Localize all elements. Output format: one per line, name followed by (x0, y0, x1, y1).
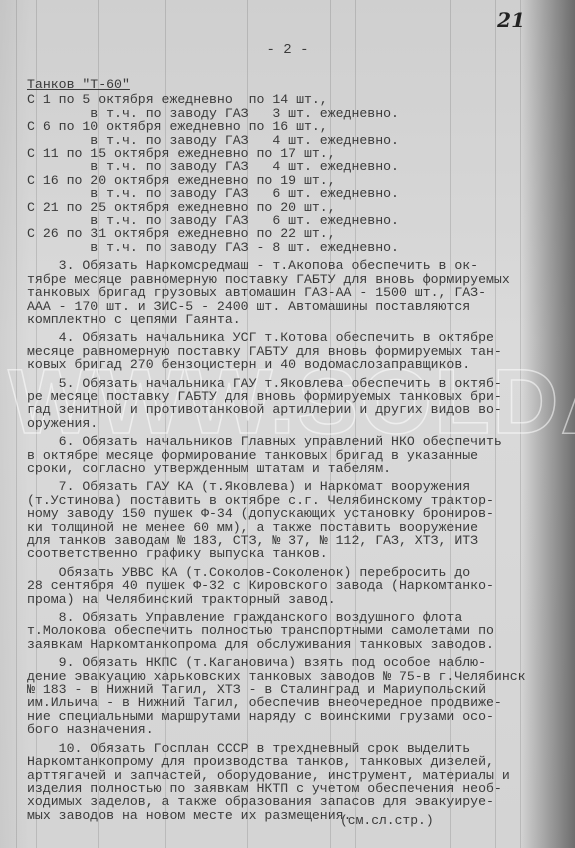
continued-note: (см.сл.стр.) (340, 813, 434, 828)
paragraph-line: ре месяце поставку ГАБТУ для вновь форми… (27, 390, 547, 403)
paragraph-line: 10. Обязать Госплан СССР в трехдневный с… (27, 742, 547, 755)
paragraph: 4. Обязать начальника УСГ т.Котова обесп… (27, 331, 547, 371)
paragraph-line: 28 сентября 40 пушек Ф-32 с Кировского з… (27, 579, 547, 592)
section-heading: Танков "Т-60" (27, 78, 130, 91)
paragraph-line: ки толщиной не менее 60 мм), а также пос… (27, 521, 547, 534)
schedule-line: С 11 по 15 октября ежедневно по 17 шт., (27, 147, 547, 160)
paragraph-line: бого назначения. (27, 723, 547, 736)
paragraph-line: 5. Обязать начальника ГАУ т.Яковлева обе… (27, 377, 547, 390)
page-number: - 2 - (0, 42, 575, 58)
schedule-line: С 6 по 10 октября ежедневно по 16 шт., (27, 120, 547, 133)
schedule-line: в т.ч. по заводу ГАЗ 3 шт. ежедневно. (27, 107, 547, 120)
paragraph-line: им.Ильича - в Нижний Тагил, обеспечив вн… (27, 696, 547, 709)
paragraph-line: 3. Обязать Наркомсредмаш - т.Акопова обе… (27, 259, 547, 272)
paragraph: 6. Обязать начальников Главных управлени… (27, 435, 547, 475)
paragraph-line: танковых бригад грузовых автомашин ГАЗ-А… (27, 286, 547, 299)
paragraph-line: изделия полностью по заявкам НКТП с учет… (27, 782, 547, 795)
paragraph-line: 8. Обязать Управление гражданского возду… (27, 611, 547, 624)
paragraph-line: для танков заводам № 183, СТЗ, № 37, № 1… (27, 534, 547, 547)
paragraph: 10. Обязать Госплан СССР в трехдневный с… (27, 742, 547, 822)
paragraph-line: ковых бригад 270 бензоцистерн и 40 водом… (27, 358, 547, 371)
paragraph: 5. Обязать начальника ГАУ т.Яковлева обе… (27, 377, 547, 431)
paragraph-line: 7. Обязать ГАУ КА (т.Яковлева) и Наркома… (27, 480, 547, 493)
paragraph-line: дение эвакуацию харьковских танковых зав… (27, 670, 547, 683)
paragraph-line: № 183 - в Нижний Тагил, ХТЗ - в Сталингр… (27, 683, 547, 696)
paragraph-line: ние специальными маршрутами наряду с вои… (27, 710, 547, 723)
paragraph-line: соответственно графику выпуска танков. (27, 547, 547, 560)
schedule-line: в т.ч. по заводу ГАЗ - 8 шт. ежедневно. (27, 241, 547, 254)
paragraph-line: (т.Устинова) поставить в октябре с.г. Че… (27, 494, 547, 507)
scan-line (16, 0, 17, 848)
tank-schedule: С 1 по 5 октября ежедневно по 14 шт., в … (27, 93, 547, 254)
schedule-line: С 16 по 20 октября ежедневно по 19 шт., (27, 174, 547, 187)
paragraph-line: 6. Обязать начальников Главных управлени… (27, 435, 547, 448)
paragraph: 7. Обязать ГАУ КА (т.Яковлева) и Наркома… (27, 480, 547, 560)
schedule-line: С 26 по 31 октября ежедневно по 22 шт., (27, 227, 547, 240)
paragraph-line: Наркомтанкопрому для производства танков… (27, 755, 547, 768)
schedule-line: С 1 по 5 октября ежедневно по 14 шт., (27, 93, 547, 106)
sheet-number: 21 (497, 8, 525, 32)
paragraph-line: Обязать УВВС КА (т.Соколов-Соколенок) пе… (27, 566, 547, 579)
paragraph-line: арттягачей и запчастей, оборудование, ин… (27, 769, 547, 782)
paragraph-line: комплектно с цепями Гаянта. (27, 313, 547, 326)
paragraph-line: гад зенитной и противотанковой артиллери… (27, 403, 547, 416)
paragraph: Обязать УВВС КА (т.Соколов-Соколенок) пе… (27, 566, 547, 606)
schedule-line: в т.ч. по заводу ГАЗ 4 шт. ежедневно. (27, 134, 547, 147)
paragraph: 3. Обязать Наркомсредмаш - т.Акопова обе… (27, 259, 547, 326)
schedule-line: в т.ч. по заводу ГАЗ 6 шт. ежедневно. (27, 187, 547, 200)
paragraph-line: ААА - 170 шт. и ЗИС-5 - 2400 шт. Автомаш… (27, 300, 547, 313)
paragraph-line: заявкам Наркомтанкопрома для обслуживани… (27, 638, 547, 651)
paragraph-line: ному заводу 150 пушек Ф-34 (допускающих … (27, 507, 547, 520)
paragraph-line: прома) на Челябинский тракторный завод. (27, 593, 547, 606)
paragraph-line: в октябре месяце формирование танковых б… (27, 449, 547, 462)
paragraph: 9. Обязать НКПС (т.Кагановича) взять под… (27, 656, 547, 736)
paragraph-line: месяце равномерную поставку ГАБТУ для вн… (27, 345, 547, 358)
paragraph-line: 9. Обязать НКПС (т.Кагановича) взять под… (27, 656, 547, 669)
paragraph-line: ходимых заделов, а также образования зап… (27, 795, 547, 808)
schedule-line: в т.ч. по заводу ГАЗ 4 шт. ежедневно. (27, 160, 547, 173)
paragraph-line: т.Молокова обеспечить полностью транспор… (27, 624, 547, 637)
schedule-line: в т.ч. по заводу ГАЗ 6 шт. ежедневно. (27, 214, 547, 227)
paragraph-line: тябре месяце равномерную поставку ГАБТУ … (27, 273, 547, 286)
paragraph-line: 4. Обязать начальника УСГ т.Котова обесп… (27, 331, 547, 344)
paragraphs: 3. Обязать Наркомсредмаш - т.Акопова обе… (27, 259, 547, 822)
document-body: Танков "Т-60" С 1 по 5 октября ежедневно… (27, 78, 547, 822)
paragraph-line: оружения. (27, 417, 547, 430)
paragraph-line: сроки, согласно утвержденным штатам и та… (27, 462, 547, 475)
paragraph: 8. Обязать Управление гражданского возду… (27, 611, 547, 651)
schedule-line: С 21 по 25 октября ежедневно по 20 шт., (27, 201, 547, 214)
paragraph-line: мых заводов на новом месте их размещения… (27, 809, 547, 822)
document-page: WWW.SOLDAT.RU 21 - 2 - Танков "Т-60" С 1… (0, 0, 575, 848)
